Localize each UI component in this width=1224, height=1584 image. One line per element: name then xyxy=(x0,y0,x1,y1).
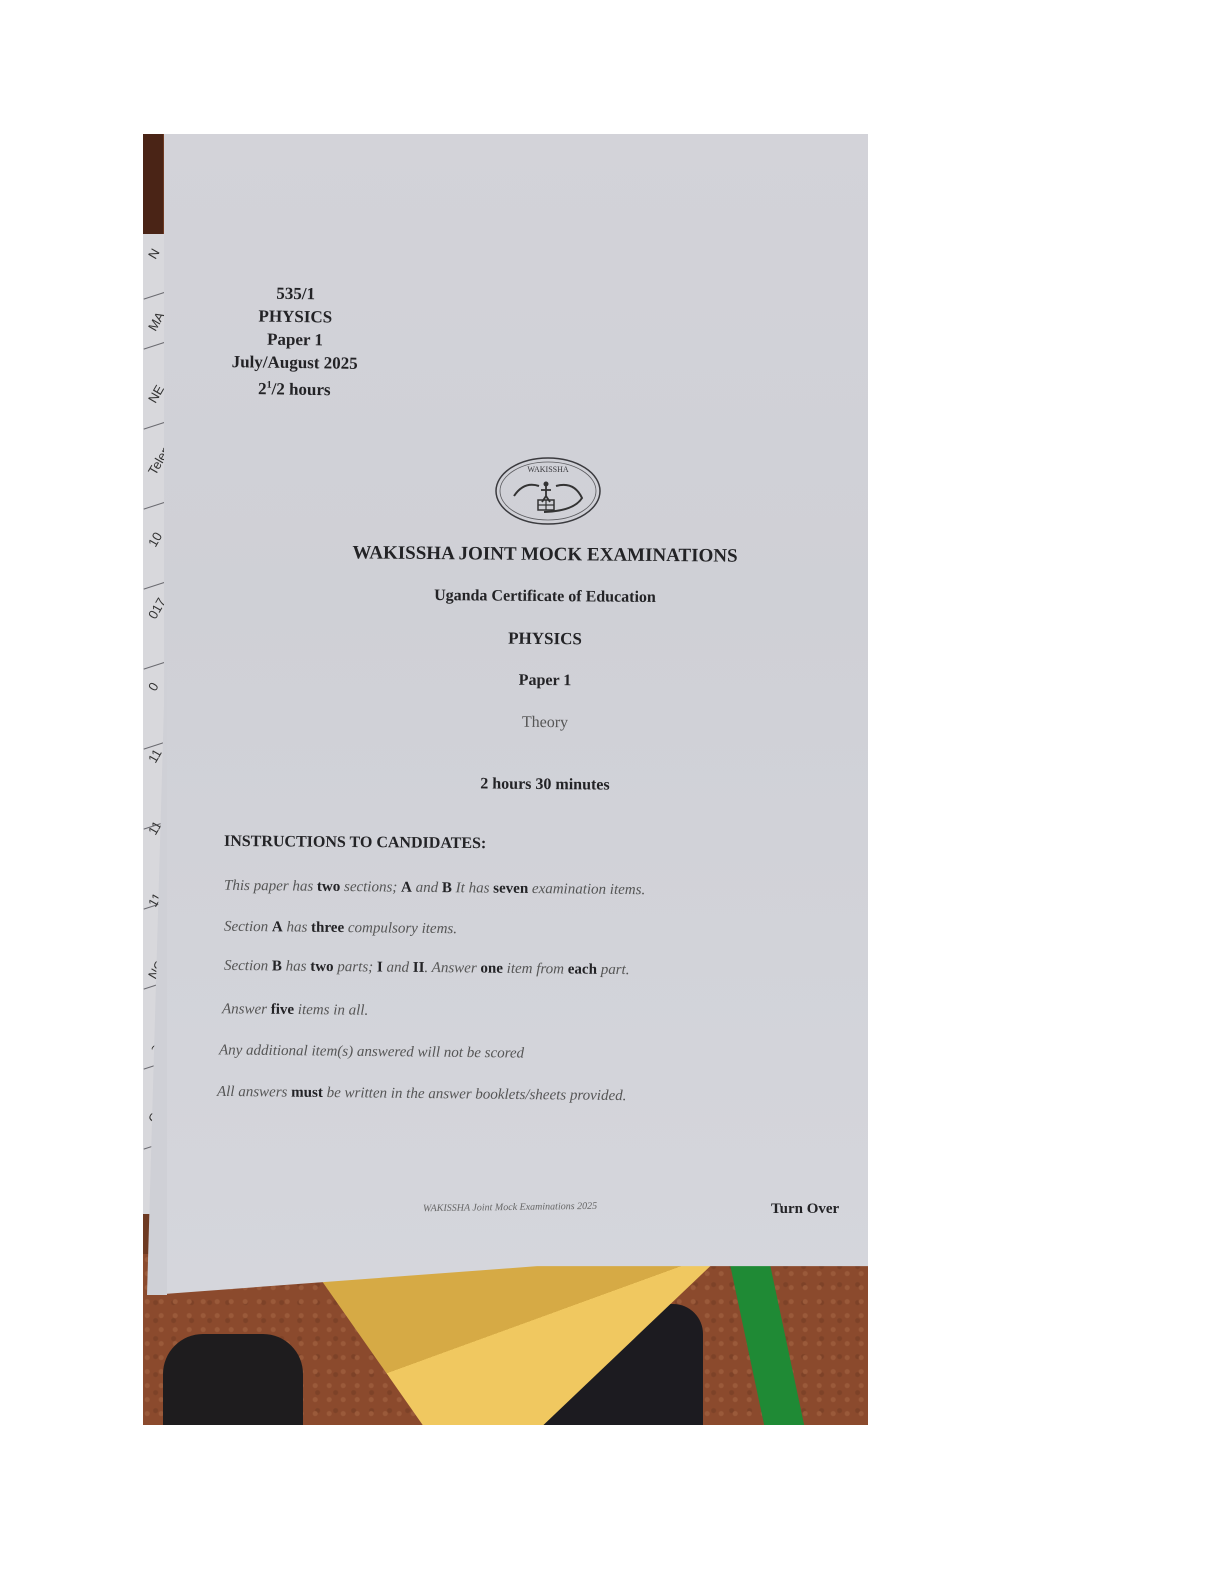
left-shoe xyxy=(163,1334,303,1425)
background-sheet-text: N xyxy=(145,246,163,262)
subject-name: PHYSICS xyxy=(330,627,760,651)
paper-code: 535/1 xyxy=(216,281,376,306)
header-session: July/August 2025 xyxy=(215,350,375,375)
paper-type: Theory xyxy=(330,712,760,734)
turn-over-note: Turn Over xyxy=(771,1201,839,1218)
paper-header: 535/1 PHYSICS Paper 1 July/August 2025 2… xyxy=(214,281,376,402)
instruction-line: Any additional item(s) answered will not… xyxy=(219,1042,524,1062)
header-duration: 21/2 hours xyxy=(214,373,374,402)
header-paper: Paper 1 xyxy=(215,327,375,352)
instructions-heading: INSTRUCTIONS TO CANDIDATES: xyxy=(224,833,486,853)
header-subject: PHYSICS xyxy=(215,304,375,329)
instruction-line: Answer five items in all. xyxy=(222,1001,368,1020)
exam-title: WAKISSHA JOINT MOCK EXAMINATIONS xyxy=(325,542,765,568)
background-surface xyxy=(143,134,163,244)
background-sheet-text: 10 xyxy=(145,529,165,549)
svg-text:WAKISSHA: WAKISSHA xyxy=(527,465,569,474)
certificate-name: Uganda Certificate of Education xyxy=(330,586,760,608)
background-sheet-text: 11 xyxy=(145,746,165,765)
instruction-line: Section A has three compulsory items. xyxy=(224,919,457,938)
paper-number: Paper 1 xyxy=(330,670,760,692)
background-sheet-text: 0 xyxy=(145,680,162,694)
exam-duration: 2 hours 30 minutes xyxy=(330,774,760,796)
emblem-icon: WAKISSHA xyxy=(494,456,602,526)
